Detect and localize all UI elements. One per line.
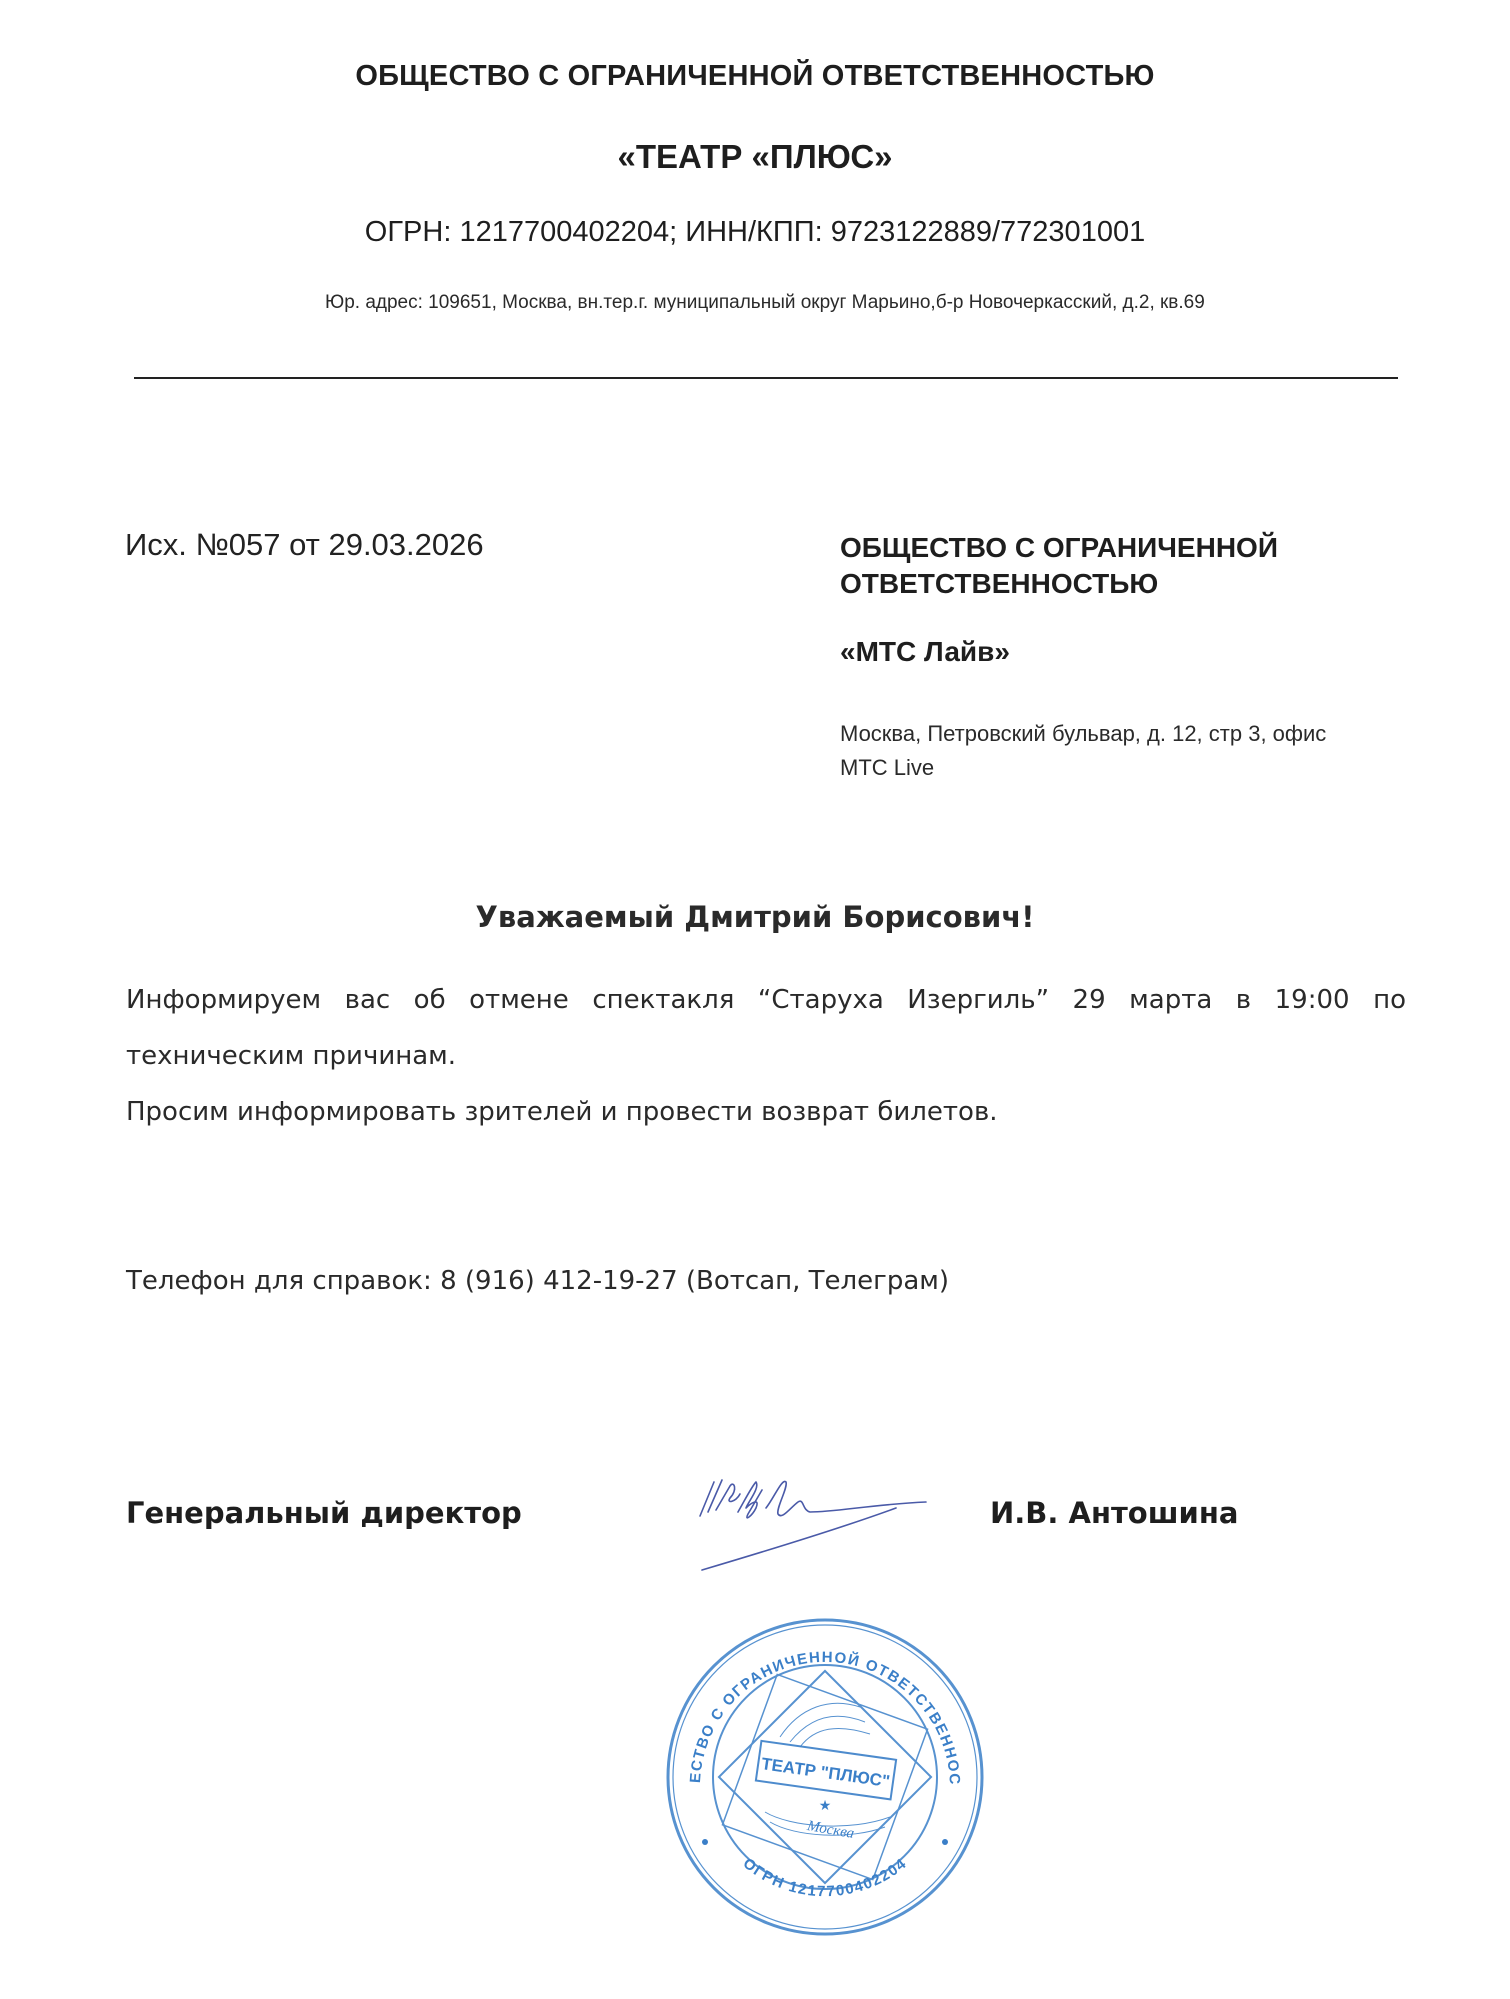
outgoing-reference: Исх. №057 от 29.03.2026	[125, 527, 484, 563]
letterhead-legal-address: Юр. адрес: 109651, Москва, вн.тер.г. мун…	[325, 292, 1205, 314]
letterhead-divider	[134, 377, 1398, 379]
letterhead-org-name: «ТЕАТР «ПЛЮС»	[0, 138, 1510, 176]
handwritten-signature-icon	[686, 1468, 956, 1578]
paragraph-1-line-2: техническим причинам.	[126, 1041, 1406, 1071]
recipient-org-type: ОБЩЕСТВО С ОГРАНИЧЕННОЙ ОТВЕТСТВЕННОСТЬЮ	[840, 530, 1400, 602]
paragraph-2: Просим информировать зрителей и провести…	[126, 1097, 1406, 1127]
recipient-address: Москва, Петровский бульвар, д. 12, стр 3…	[840, 717, 1360, 785]
svg-text:★: ★	[819, 1797, 832, 1813]
contact-phone: Телефон для справок: 8 (916) 412-19-27 (…	[126, 1266, 949, 1296]
stamp-city: Москва	[805, 1818, 855, 1842]
signatory-position: Генеральный директор	[126, 1496, 522, 1530]
letterhead-org-type: ОБЩЕСТВО С ОГРАНИЧЕННОЙ ОТВЕТСТВЕННОСТЬЮ	[0, 60, 1510, 93]
recipient-org-name: «МТС Лайв»	[840, 636, 1010, 668]
letterhead-registration: ОГРН: 1217700402204; ИНН/КПП: 9723122889…	[0, 216, 1510, 249]
paragraph-1-line-1: Информируем вас об отмене спектакля “Ста…	[126, 985, 1406, 1015]
greeting: Уважаемый Дмитрий Борисович!	[0, 900, 1510, 934]
company-stamp-icon: ТЕАТР "ПЛЮС" ★ Москва ОБЩЕСТВО С ОГРАНИЧ…	[660, 1612, 990, 1942]
signatory-name: И.В. Антошина	[990, 1496, 1238, 1530]
